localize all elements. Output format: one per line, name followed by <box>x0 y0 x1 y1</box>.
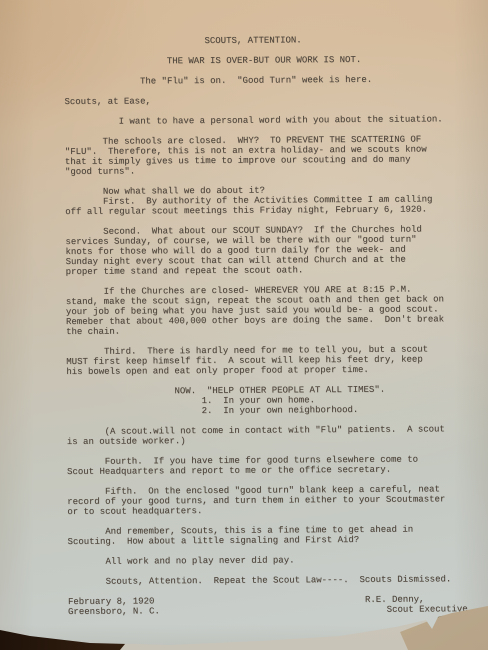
letter-paper: SCOUTS, ATTENTION. THE WAR IS OVER-BUT O… <box>0 0 488 650</box>
photo-frame: SCOUTS, ATTENTION. THE WAR IS OVER-BUT O… <box>0 0 488 650</box>
letter-text: SCOUTS, ATTENTION. THE WAR IS OVER-BUT O… <box>64 34 468 617</box>
